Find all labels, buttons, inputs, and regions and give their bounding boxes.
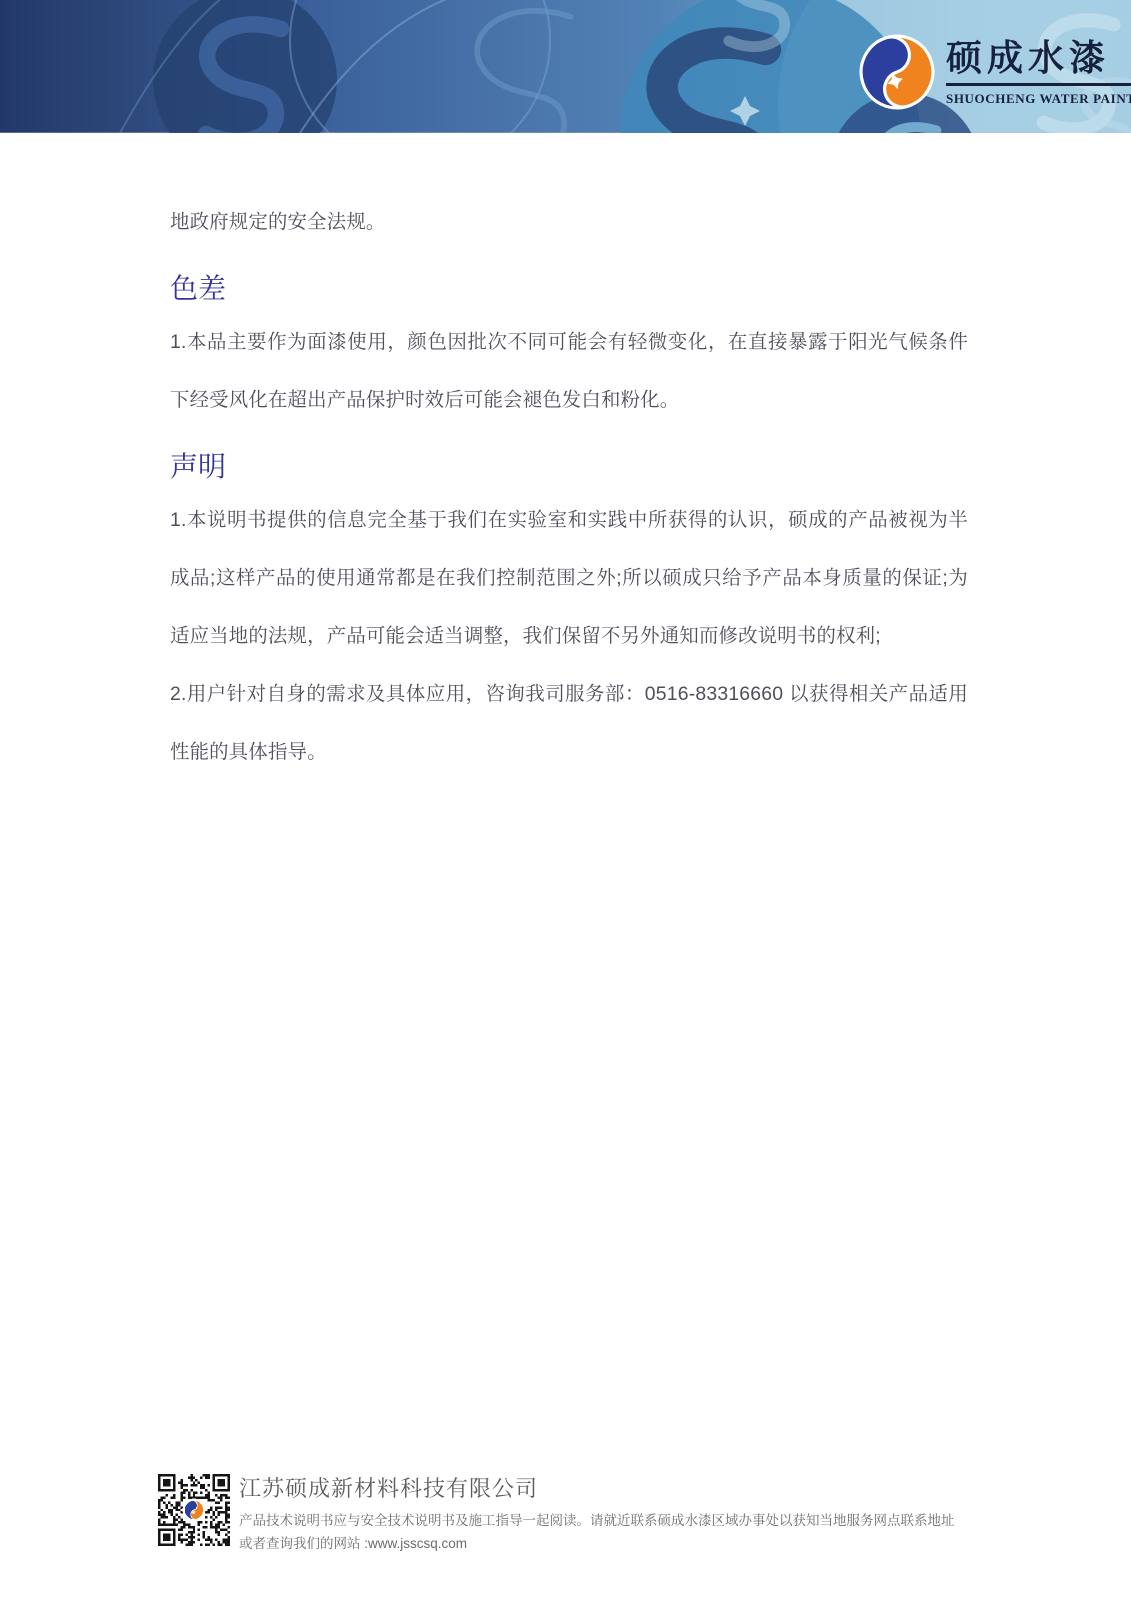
paragraph-color-difference: 1.本品主要作为面漆使用，颜色因批次不同可能会有轻微变化，在直接暴露于阳光气候条… [170,313,968,429]
section-heading-statement: 声明 [170,447,968,487]
company-logo: 硕成水漆 SHUOCHENG WATER PAINT [858,33,1131,111]
logo-subtitle: SHUOCHENG WATER PAINT [946,92,1131,106]
page-body: 地政府规定的安全法规。 色差 1.本品主要作为面漆使用，颜色因批次不同可能会有轻… [170,193,968,781]
page-footer: 江苏硕成新材料科技有限公司 产品技术说明书应与安全技术说明书及施工指导一起阅读。… [158,1474,955,1555]
footer-company-name: 江苏硕成新材料科技有限公司 [239,1475,955,1502]
logo-mark-icon [858,33,936,111]
header-banner: 硕成水漆 SHUOCHENG WATER PAINT [0,0,1131,133]
paragraph-statement-2: 2.用户针对自身的需求及具体应用，咨询我司服务部：0516-83316660 以… [170,665,968,781]
paragraph-statement-1: 1.本说明书提供的信息完全基于我们在实验室和实践中所获得的认识，硕成的产品被视为… [170,491,968,665]
qr-code [158,1474,230,1555]
paragraph-continuation: 地政府规定的安全法规。 [170,193,968,251]
document-page: 硕成水漆 SHUOCHENG WATER PAINT 地政府规定的安全法规。 色… [0,0,1131,1600]
footer-note-line1: 产品技术说明书应与安全技术说明书及施工指导一起阅读。请就近联系硕成水漆区域办事处… [239,1509,955,1532]
section-heading-color-difference: 色差 [170,269,968,309]
logo-title: 硕成水漆 [946,38,1131,86]
footer-note-line2: 或者查询我们的网站 :www.jsscsq.com [239,1532,955,1555]
